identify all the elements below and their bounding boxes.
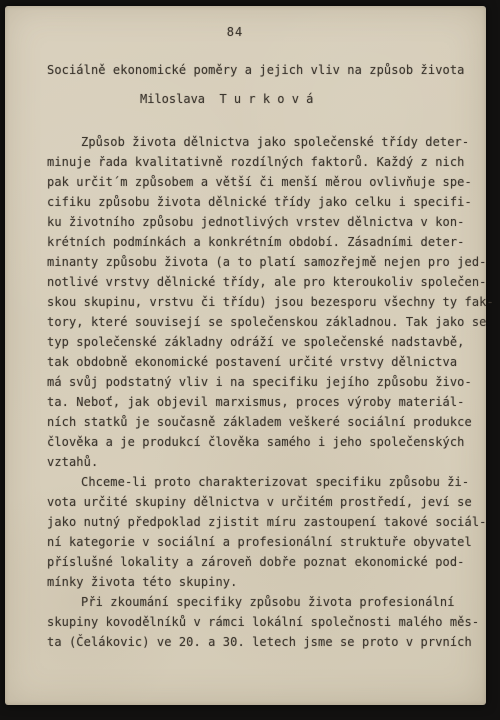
page-number: 84 [5, 25, 465, 39]
text-line: ku životního způsobu jednotlivých vrstev… [47, 212, 467, 232]
text-line: ní kategorie v sociální a profesionální … [47, 532, 467, 552]
text-line: notlivé vrstvy dělnické třídy, ale pro k… [47, 272, 467, 292]
text-line: vztahů. [47, 452, 467, 472]
text-line: vota určité skupiny dělnictva v určitém … [47, 492, 467, 512]
text-line: minuje řada kvalitativně rozdílných fakt… [47, 152, 467, 172]
text-line: má svůj podstatný vliv i na specifiku je… [47, 372, 467, 392]
text-line: příslušné lokality a zároveň dobře pozna… [47, 552, 467, 572]
text-line: skou skupinu, vrstvu či třídu) jsou beze… [47, 292, 467, 312]
text-line: Chceme-li proto charakterizovat specifik… [47, 472, 467, 492]
text-line: mínky života této skupiny. [47, 572, 467, 592]
text-line: minanty způsobu života (a to platí samoz… [47, 252, 467, 272]
text-line: tak obdobně ekonomické postavení určité … [47, 352, 467, 372]
text-line: skupiny kovodělníků v rámci lokální spol… [47, 612, 467, 632]
text-line: člověka a je produkcí člověka samého i j… [47, 432, 467, 452]
text-line: ta. Neboť, jak objevil marxismus, proces… [47, 392, 467, 412]
text-line: krétních podmínkách a konkrétním období.… [47, 232, 467, 252]
text-line: typ společenské základny odráží ve spole… [47, 332, 467, 352]
author-name: Miloslava T u r k o v á [140, 92, 313, 106]
text-line: jako nutný předpoklad zjistit míru zasto… [47, 512, 467, 532]
text-line: cifiku způsobu života dělnické třídy jak… [47, 192, 467, 212]
page-body: Způsob života dělnictva jako společenské… [47, 132, 467, 652]
text-line: pak určit´m způsobem a větší či menší mě… [47, 172, 467, 192]
document-page: 84 Sociálně ekonomické poměry a jejich v… [5, 6, 486, 705]
text-line: ních statků je současně základem veškeré… [47, 412, 467, 432]
page-title: Sociálně ekonomické poměry a jejich vliv… [47, 63, 465, 77]
photo-background: 84 Sociálně ekonomické poměry a jejich v… [0, 0, 500, 720]
text-line: Způsob života dělnictva jako společenské… [47, 132, 467, 152]
text-line: Při zkoumání specifiky způsobu života pr… [47, 592, 467, 612]
text-line: ta (Čelákovic) ve 20. a 30. letech jsme … [47, 632, 467, 652]
text-line: tory, které souvisejí se společenskou zá… [47, 312, 467, 332]
